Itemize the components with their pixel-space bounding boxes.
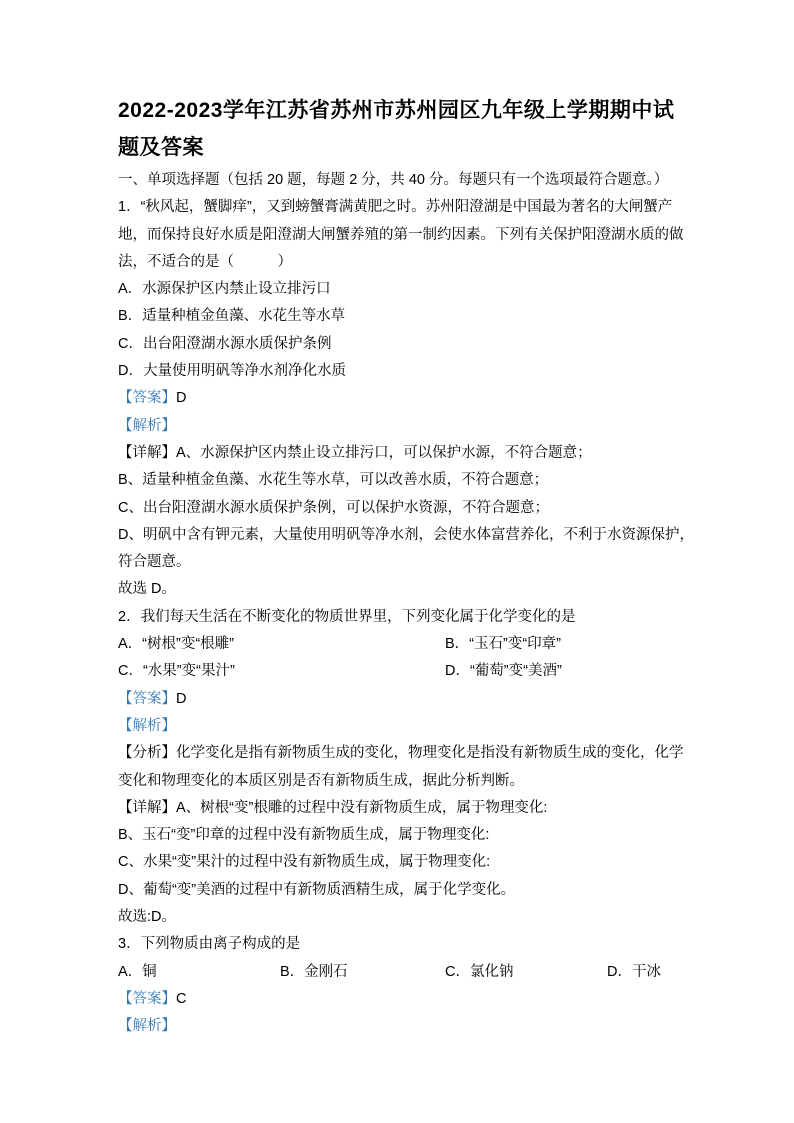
- q1-conclusion: 故选 D。: [118, 576, 676, 603]
- q3-analysis-line: 【解析】: [118, 1013, 676, 1040]
- q1-answer-label: 【答案】: [118, 390, 176, 406]
- q1-stem-line-2: 地，而保持良好水质是阳澄湖大闸蟹养殖的第一制约因素。下列有关保护阳澄湖水质的做: [118, 222, 676, 249]
- document-content: 2022-2023学年江苏省苏州市苏州园区九年级上学期期中试 题及答案 一、单项…: [118, 92, 676, 1041]
- q1-analysis-label: 【解析】: [118, 418, 176, 434]
- q1-detail-a: 【详解】A、水源保护区内禁止设立排污口，可以保护水源，不符合题意；: [118, 440, 676, 467]
- q1-option-b: B．适量种植金鱼藻、水花生等水草: [118, 303, 676, 330]
- q3-options-row: A．铜 B．金刚石 C．氯化钠 D．干冰: [118, 959, 676, 986]
- q1-detail-c: C、出台阳澄湖水源水质保护条例，可以保护水资源，不符合题意；: [118, 495, 676, 522]
- q1-detail-d: D、明矾中含有钾元素，大量使用明矾等净水剂，会使水体富营养化，不利于水资源保护，: [118, 522, 676, 549]
- q2-option-d: D．“葡萄”变“美酒”: [445, 658, 562, 685]
- exam-document-page: 2022-2023学年江苏省苏州市苏州园区九年级上学期期中试 题及答案 一、单项…: [0, 0, 794, 1123]
- q2-analysis-line: 【解析】: [118, 713, 676, 740]
- q3-stem: 3．下列物质由离子构成的是: [118, 931, 676, 958]
- q2-analysis-note-1: 【分析】化学变化是指有新物质生成的变化，物理变化是指没有新物质生成的变化，化学: [118, 740, 676, 767]
- q2-option-c: C．“水果”变“果汁”: [118, 658, 235, 685]
- q1-analysis-line: 【解析】: [118, 413, 676, 440]
- q1-answer-value: D: [176, 390, 186, 406]
- q3-analysis-label: 【解析】: [118, 1018, 176, 1034]
- q3-answer-line: 【答案】C: [118, 986, 676, 1013]
- q3-option-c: C．氯化钠: [445, 959, 513, 986]
- q1-option-c: C．出台阳澄湖水源水质保护条例: [118, 331, 676, 358]
- q1-option-a: A．水源保护区内禁止设立排污口: [118, 276, 676, 303]
- q2-answer-label: 【答案】: [118, 691, 176, 707]
- q2-options-row-2: C．“水果”变“果汁” D．“葡萄”变“美酒”: [118, 658, 676, 685]
- q2-answer-value: D: [176, 691, 186, 707]
- q2-conclusion: 故选:D。: [118, 904, 676, 931]
- q1-detail-d-cont: 符合题意。: [118, 549, 676, 576]
- q1-stem-line-1: 1．“秋风起，蟹脚痒”，又到螃蟹膏满黄肥之时。苏州阳澄湖是中国最为著名的大闸蟹产: [118, 194, 676, 221]
- q3-option-b: B．金刚石: [280, 959, 348, 986]
- q1-detail-b: B、适量种植金鱼藻、水花生等水草，可以改善水质，不符合题意；: [118, 467, 676, 494]
- title-line-1: 2022-2023学年江苏省苏州市苏州园区九年级上学期期中试: [118, 92, 676, 129]
- q1-stem-line-3: 法，不适合的是（ ）: [118, 249, 676, 276]
- section-header: 一、单项选择题（包括 20 题，每题 2 分，共 40 分。每题只有一个选项最符…: [118, 167, 676, 194]
- q2-detail-a: 【详解】A、树根“变”根雕的过程中没有新物质生成，属于物理变化:: [118, 795, 676, 822]
- q3-answer-label: 【答案】: [118, 991, 176, 1007]
- q2-analysis-label: 【解析】: [118, 718, 176, 734]
- q2-analysis-note-2: 变化和物理变化的本质区别是否有新物质生成，据此分析判断。: [118, 768, 676, 795]
- document-title: 2022-2023学年江苏省苏州市苏州园区九年级上学期期中试 题及答案: [118, 92, 676, 166]
- q2-detail-b: B、玉石“变”印章的过程中没有新物质生成，属于物理变化:: [118, 822, 676, 849]
- q1-option-d: D．大量使用明矾等净水剂净化水质: [118, 358, 676, 385]
- document-body: 一、单项选择题（包括 20 题，每题 2 分，共 40 分。每题只有一个选项最符…: [118, 167, 676, 1041]
- q1-answer-line: 【答案】D: [118, 385, 676, 412]
- q3-option-a: A．铜: [118, 959, 157, 986]
- q2-option-b: B．“玉石”变“印章”: [445, 631, 561, 658]
- q2-detail-d: D、葡萄“变”美酒的过程中有新物质酒精生成，属于化学变化。: [118, 877, 676, 904]
- q2-answer-line: 【答案】D: [118, 686, 676, 713]
- title-line-2: 题及答案: [118, 129, 676, 166]
- q3-answer-value: C: [176, 991, 186, 1007]
- q2-stem: 2．我们每天生活在不断变化的物质世界里，下列变化属于化学变化的是: [118, 604, 676, 631]
- q2-detail-c: C、水果“变”果汁的过程中没有新物质生成，属于物理变化:: [118, 849, 676, 876]
- q2-option-a: A．“树根”变“根雕”: [118, 631, 234, 658]
- q3-option-d: D．干冰: [607, 959, 661, 986]
- q2-options-row-1: A．“树根”变“根雕” B．“玉石”变“印章”: [118, 631, 676, 658]
